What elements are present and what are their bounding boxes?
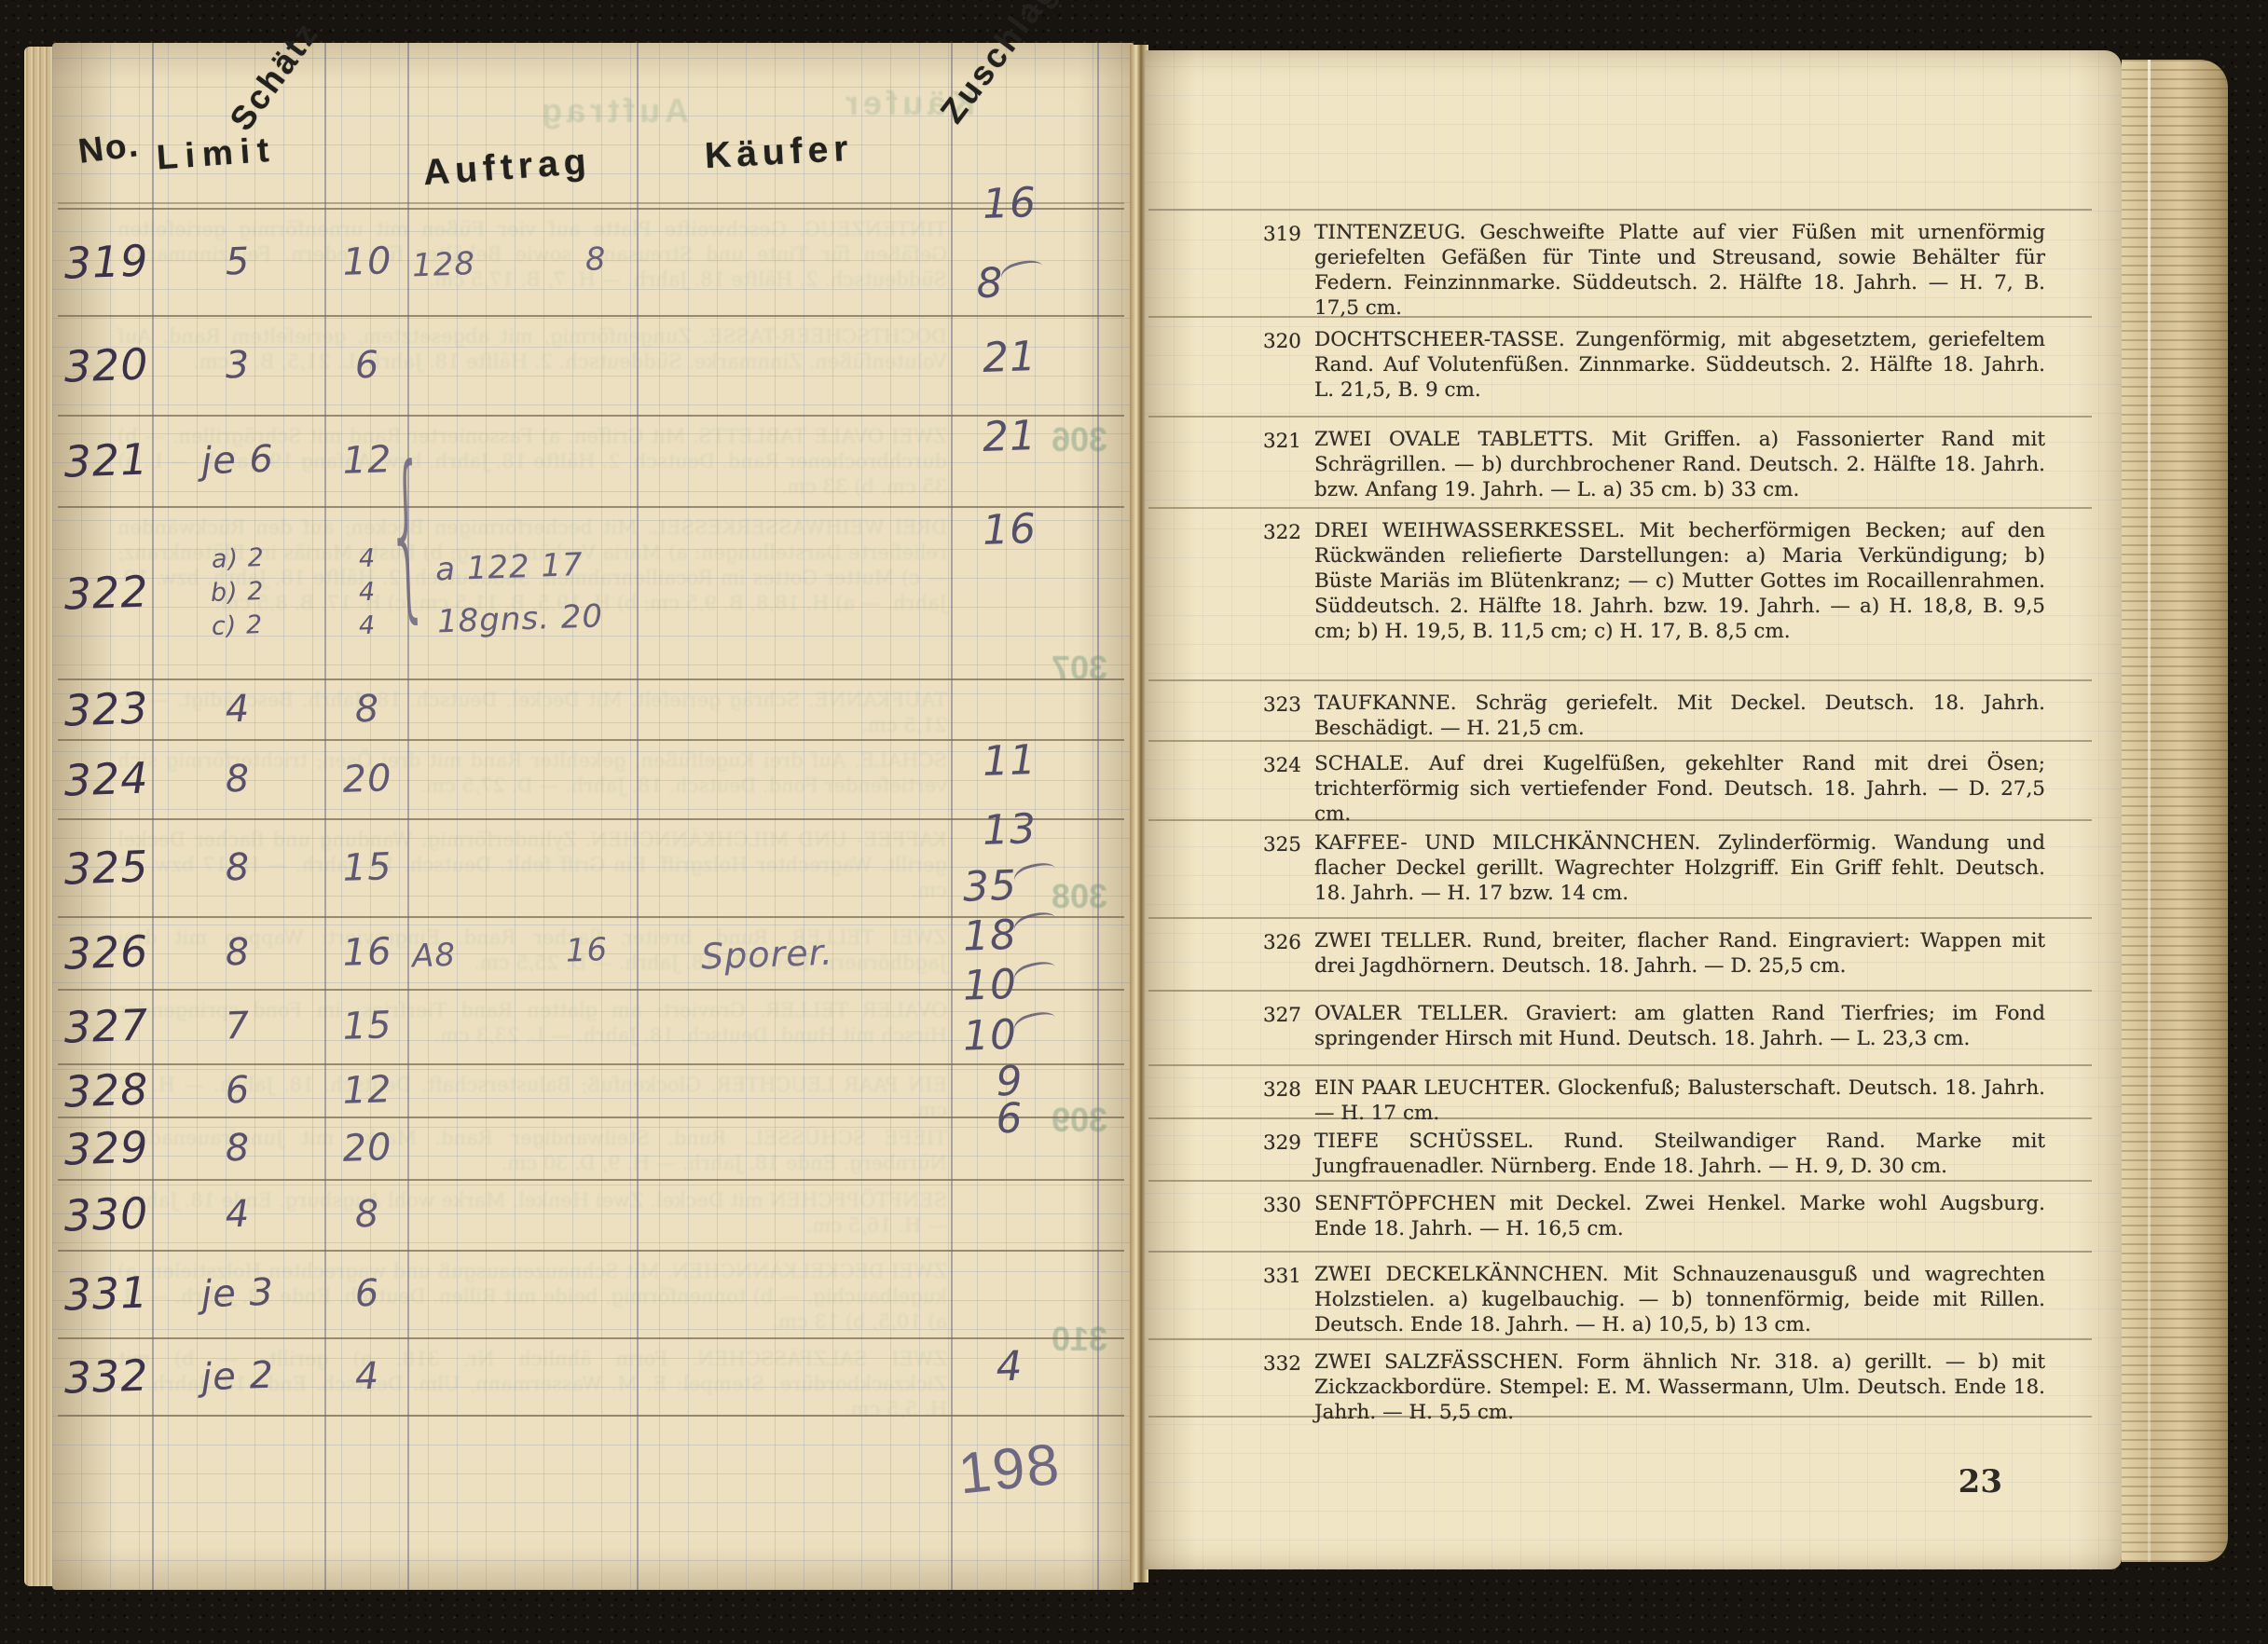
pen-flourish xyxy=(1011,907,1058,937)
pen-flourish xyxy=(1011,857,1058,887)
zuschlag-value: 8 xyxy=(939,256,1080,308)
catalog-entry-number: 328 xyxy=(1255,1078,1301,1102)
pen-flourish xyxy=(1011,1007,1058,1036)
schatz-subvalue: 4 xyxy=(358,544,376,573)
schatz-subvalue: 4 xyxy=(358,611,376,640)
page-edge-fold xyxy=(2148,60,2151,1562)
book-scan: { "left_page": { "headers": { "no": "No.… xyxy=(0,0,2268,1644)
ledger-cell-no: 320 xyxy=(60,313,153,416)
ledger-cell-no: 319 xyxy=(60,206,153,316)
ledger-cell-limit: 8 xyxy=(153,815,323,919)
ledger-cell-schatz: 20 xyxy=(325,737,410,819)
divider-rule xyxy=(1148,209,2092,211)
catalog-entry-text: ZWEI OVALE TABLETTS. Mit Griffen. a) Fas… xyxy=(1314,427,2045,502)
zuschlag-value: 4 xyxy=(939,1340,1080,1392)
catalog-entry: 320DOCHTSCHEER-TASSE. Zungenförmig, mit … xyxy=(1255,327,2045,403)
ledger-cell-auftrag: {a 122 1718gns. 20 xyxy=(409,502,648,683)
catalog-entry-number: 332 xyxy=(1255,1352,1301,1376)
ledger-cell-schatz: 8 xyxy=(325,677,409,740)
zuschlag-value: 11 xyxy=(939,734,1080,787)
page-number: 23 xyxy=(1928,1463,2002,1500)
catalog-entry-number: 323 xyxy=(1255,693,1301,717)
catalog-entry-text: EIN PAAR LEUCHTER. Glockenfuß; Balusters… xyxy=(1314,1075,2045,1126)
ledger-cell-schatz: 8 xyxy=(325,1177,410,1251)
left-page-stack-edge xyxy=(24,47,54,1586)
zuschlag-value: 13 xyxy=(939,803,1080,856)
ledger-cell-no: 327 xyxy=(61,987,153,1064)
ledger-cell-auftrag: A816 xyxy=(411,912,647,993)
catalog-entry-number: 326 xyxy=(1255,931,1301,954)
ledger-cell-no: 323 xyxy=(61,677,152,740)
catalog-entry: 319TINTENZEUG. Geschweifte Platte auf vi… xyxy=(1255,220,2045,321)
auftrag-note: 8 xyxy=(584,240,607,279)
ledger-cell-no: 321 xyxy=(60,413,152,507)
catalog-entry-text: ZWEI TELLER. Rund, breiter, flacher Rand… xyxy=(1314,928,2045,979)
ledger-cell-schatz: 15 xyxy=(324,816,410,917)
ledger-cell-limit: 6 xyxy=(154,1061,322,1119)
catalog-entry-number: 329 xyxy=(1255,1131,1301,1155)
ledger-cell-limit: 4 xyxy=(154,1176,323,1253)
ledger-cell-limit: 8 xyxy=(154,913,323,992)
zuschlag-value: 18 xyxy=(939,909,1080,961)
catalog-entry: 331ZWEI DECKELKÄNNCHEN. Mit Schnauzenaus… xyxy=(1255,1262,2045,1337)
zuschlag-value: 35 xyxy=(939,859,1080,911)
zuschlag-value: 21 xyxy=(939,331,1080,383)
ledger-cell-no: 329 xyxy=(61,1115,152,1180)
limit-subvalue: a) 2 xyxy=(211,544,265,574)
ledger-cell-no: 328 xyxy=(61,1062,152,1117)
ledger-cell-limit: je 2 xyxy=(154,1335,323,1418)
header-schatz: Schätz xyxy=(222,14,327,138)
ledger-row: 32348 xyxy=(52,678,1134,739)
divider-rule xyxy=(1148,990,2092,992)
catalog-entry: 329TIEFE SCHÜSSEL. Rund. Steilwandiger R… xyxy=(1255,1129,2045,1179)
ledger-cell-limit: 5 xyxy=(153,205,323,318)
divider-rule xyxy=(1148,1251,2092,1253)
schatz-subvalue: 4 xyxy=(358,578,376,607)
catalog-entry: 325KAFFEE- UND MILCHKÄNNCHEN. Zylinderfö… xyxy=(1255,830,2045,906)
divider-rule xyxy=(1148,1064,2092,1066)
ledger-cell-no: 330 xyxy=(61,1177,153,1251)
ledger-cell-schatz: 20 xyxy=(325,1115,409,1180)
auftrag-note: 128 xyxy=(411,245,475,284)
ledger-cell-limit: 8 xyxy=(154,1114,322,1182)
catalog-entry-number: 320 xyxy=(1255,330,1301,353)
catalog-entry-text: SENFTÖPFCHEN mit Deckel. Zwei Henkel. Ma… xyxy=(1314,1191,2045,1241)
ledger-cell-limit: 7 xyxy=(154,986,323,1066)
catalog-entry-number: 327 xyxy=(1255,1004,1301,1027)
catalog-entry: 327OVALER TELLER. Graviert: am glatten R… xyxy=(1255,1001,2045,1051)
catalog-entry-number: 321 xyxy=(1255,430,1301,453)
catalog-entry: 322DREI WEIHWASSERKESSEL. Mit becherförm… xyxy=(1255,518,2045,644)
ledger-cell-kaufer: Sporer. xyxy=(700,911,945,993)
ledger-cell-no: 322 xyxy=(59,504,154,679)
auftrag-note: 16 xyxy=(565,931,609,970)
ledger-row: 331je 36 xyxy=(52,1250,1134,1337)
catalog-entry: 324SCHALE. Auf drei Kugelfüßen, gekehlte… xyxy=(1255,751,2045,827)
catalog-entry-text: TINTENZEUG. Geschweifte Platte auf vier … xyxy=(1314,220,2045,321)
limit-subvalue: b) 2 xyxy=(211,578,265,608)
catalog-entry-text: DOCHTSCHEER-TASSE. Zungenförmig, mit abg… xyxy=(1314,327,2045,403)
auftrag-note: A8 xyxy=(411,937,456,976)
auftrag-note: a 122 17 xyxy=(434,545,601,588)
zuschlag-value: 10 xyxy=(939,1008,1080,1061)
ledger-cell-schatz: 6 xyxy=(324,313,410,416)
catalog-entry-text: DREI WEIHWASSERKESSEL. Mit becherförmige… xyxy=(1314,518,2045,644)
catalog-entry-text: TAUFKANNE. Schräg geriefelt. Mit Deckel.… xyxy=(1314,691,2045,741)
ledger-cell-schatz: 16 xyxy=(325,914,410,990)
ledger-cell-schatz: 10 xyxy=(324,206,410,316)
header-limit: Limit xyxy=(156,130,278,178)
zuschlag-value: 16 xyxy=(939,503,1080,555)
catalog-entry-text: ZWEI SALZFÄSSCHEN. Form ähnlich Nr. 318.… xyxy=(1314,1349,2045,1425)
zuschlag-value: 10 xyxy=(939,958,1080,1010)
ledger-cell-no: 325 xyxy=(60,816,153,917)
ledger-cell-no: 332 xyxy=(61,1336,153,1416)
auftrag-brace-lines: a 122 1718gns. 20 xyxy=(434,545,603,640)
ledger-cell-limit: a) 2b) 2c) 2 xyxy=(155,506,321,678)
ledger-cell-schatz: 6 xyxy=(324,1248,409,1338)
ledger-cell-no: 331 xyxy=(60,1248,152,1338)
catalog-entry-text: SCHALE. Auf drei Kugelfüßen, gekehlter R… xyxy=(1314,751,2045,827)
ledger-page: TINTENZEUG. Geschweifte Platte auf vier … xyxy=(52,43,1134,1590)
catalog-entry-number: 324 xyxy=(1255,754,1301,777)
zuschlag-value: 16 xyxy=(939,177,1080,229)
catalog-page: 319TINTENZEUG. Geschweifte Platte auf vi… xyxy=(1145,50,2122,1569)
catalog-entry-text: TIEFE SCHÜSSEL. Rund. Steilwandiger Rand… xyxy=(1314,1129,2045,1179)
header-kaufer: Käufer xyxy=(704,129,855,177)
ledger-cell-limit: 4 xyxy=(154,676,322,742)
catalog-entry-text: KAFFEE- UND MILCHKÄNNCHEN. Zylinderförmi… xyxy=(1314,830,2045,906)
ledger-row: 33048 xyxy=(52,1179,1134,1250)
divider-rule xyxy=(1148,1180,2092,1182)
pen-flourish xyxy=(1011,956,1058,986)
ledger-cell-limit: 8 xyxy=(154,736,323,821)
catalog-entry: 328EIN PAAR LEUCHTER. Glockenfuß; Balust… xyxy=(1255,1075,2045,1126)
catalog-entry-number: 322 xyxy=(1255,521,1301,544)
catalog-entry: 326ZWEI TELLER. Rund, breiter, flacher R… xyxy=(1255,928,2045,979)
ledger-cell-schatz: 4 xyxy=(325,1336,410,1416)
limit-subvalue: c) 2 xyxy=(212,611,264,641)
catalog-entry: 321ZWEI OVALE TABLETTS. Mit Griffen. a) … xyxy=(1255,427,2045,502)
ledger-cell-no: 324 xyxy=(61,737,153,819)
catalog-entry-number: 325 xyxy=(1255,833,1301,856)
catalog-entry-number: 319 xyxy=(1255,223,1301,246)
ledger-cell-limit: je 3 xyxy=(153,1247,322,1340)
catalog-entry-number: 330 xyxy=(1255,1194,1301,1217)
ledger-cell-limit: je 6 xyxy=(153,412,322,509)
ledger-cell-limit: 3 xyxy=(153,312,323,418)
ledger-cell-schatz: 12 xyxy=(325,1062,409,1117)
brace-mark: { xyxy=(382,430,432,640)
catalog-entry-text: ZWEI DECKELKÄNNCHEN. Mit Schnauzenausguß… xyxy=(1314,1262,2045,1337)
catalog-entry-number: 331 xyxy=(1255,1265,1301,1288)
divider-rule xyxy=(1148,507,2092,509)
auftrag-note: 18gns. 20 xyxy=(436,597,603,640)
ledger-cell-auftrag: 1288 xyxy=(410,204,647,320)
ledger-cell-schatz: 15 xyxy=(325,987,410,1064)
header-auftrag: Auftrag xyxy=(422,142,593,194)
catalog-entry: 323TAUFKANNE. Schräg geriefelt. Mit Deck… xyxy=(1255,691,2045,741)
catalog-entry: 332ZWEI SALZFÄSSCHEN. Form ähnlich Nr. 3… xyxy=(1255,1349,2045,1425)
zuschlag-value: 6 xyxy=(939,1092,1080,1144)
catalog-entry-text: OVALER TELLER. Graviert: am glatten Rand… xyxy=(1314,1001,2045,1051)
zuschlag-value: 21 xyxy=(939,410,1080,462)
divider-rule xyxy=(1148,917,2092,919)
divider-rule xyxy=(1148,679,2092,681)
zuschlag-total: 198 xyxy=(937,1429,1083,1509)
pen-flourish xyxy=(997,255,1044,285)
divider-rule xyxy=(1148,416,2092,418)
bleed-through-header: Auftrag xyxy=(537,91,689,130)
right-page-block-edge xyxy=(2122,60,2228,1562)
ledger-cell-no: 326 xyxy=(61,914,153,990)
divider-rule xyxy=(1148,1338,2092,1340)
catalog-entry: 330SENFTÖPFCHEN mit Deckel. Zwei Henkel.… xyxy=(1255,1191,2045,1241)
header-no: No. xyxy=(76,125,142,171)
